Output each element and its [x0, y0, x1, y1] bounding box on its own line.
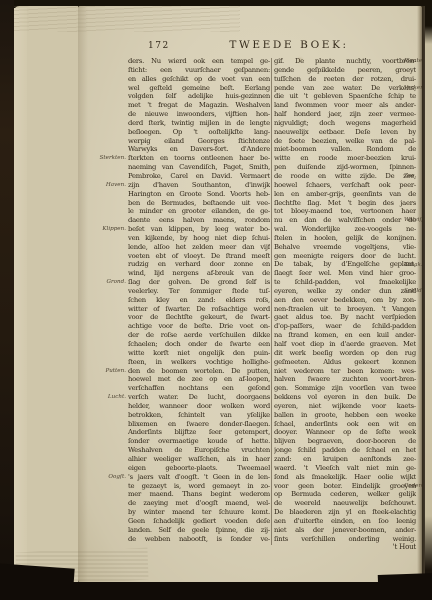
margin-note: Sterkten. — [100, 155, 126, 161]
text-line: derderoſseaerdeverſchuilendikke — [128, 331, 270, 340]
text-line: nen-ſtraelenuittebroeyen.'tVangen — [274, 305, 416, 314]
text-line: beſloegen.Op'tooſtelijkſtelang- — [128, 128, 270, 137]
text-line: ſchenkleyenzand:eldersroſs, — [128, 296, 270, 305]
text-line: ſonderovermaetigekoudeofhette. — [128, 437, 270, 446]
page-number: 172 — [148, 41, 170, 51]
text-line: lenenamber-grijs,geenſintsvande — [274, 190, 416, 199]
text-line: geſmeeten.Aldusgekeertkonnen — [274, 358, 416, 367]
text-line: WeshalvendeEuropiſchevruchten — [128, 446, 270, 455]
gutter-crease — [417, 6, 425, 584]
text-line: deſoetebeezien,welkevandepal- — [274, 137, 416, 146]
text-line: halfvoetdiepind'aerdegraeven.Met — [274, 340, 416, 349]
text-line: ſteleninhoolen,gelijkdekonijnen. — [274, 234, 416, 243]
text-line: aendenoeverbedekken,ombyzon- — [274, 296, 416, 305]
text-line: daenteeenshalvenmaens,rondom — [128, 216, 270, 225]
text-line: leminderengrootereilanden,dege- — [128, 207, 270, 216]
text-line: mermaend.Thansbegintwederom — [128, 490, 270, 499]
text-line: teſchild-padden,volſmaekelijke — [274, 278, 416, 287]
catchword: 't Hout — [274, 543, 416, 551]
text-line: pendevanzeewater.Deverkens, — [274, 84, 416, 93]
text-line: denieuweinwoonders,vijftienhon- — [128, 110, 270, 119]
text-line: helder,wanneerdoorwolkenword — [128, 402, 270, 411]
text-line: eigengeboorte-plaets.Tweemael — [128, 464, 270, 473]
text-line: eyeren,nietwijkendevoorkaets- — [274, 402, 416, 411]
book-spine — [0, 0, 14, 600]
text-line: naemingvanCavendiſch,Paget,Smith, — [128, 163, 270, 172]
text-line: aend'uiterſteeinden,enſooleenig — [274, 517, 416, 526]
text-line: volgdenſelfadelijkehuis-gezinnen — [128, 92, 270, 101]
margin-note: Klippen. — [102, 226, 126, 232]
text-column-right: gif.Deplantenuchtly,voortbren-gendegeſpi… — [274, 57, 416, 548]
text-line: ſchael,anderſintsookeenwiten — [274, 420, 416, 429]
text-line: deroodeenwittezijde.Dezee, — [274, 172, 416, 181]
text-line: balleningroote,hebbeneenweeke — [274, 411, 416, 420]
text-line: dezaeyingmetd'oogſtmaend,wel- — [128, 499, 270, 508]
text-line: nietwederomterbeenkomen:wes- — [274, 367, 416, 376]
next-page-edge — [425, 0, 432, 600]
text-line: tuſſchendereetenderrotzen,drui- — [274, 75, 416, 84]
text-line: naſtrandkomen,eneenkuilander- — [274, 331, 416, 340]
text-line: betrokken,ſchinteltvanyſelijke — [128, 411, 270, 420]
text-line: Deblaederenzijnylenſteek-elachtig — [274, 508, 416, 517]
text-line: Pembroke,CarelenDavid.Vermaert — [128, 172, 270, 181]
text-line: alhierweeligerwaſſchen,alsinhaer — [128, 455, 270, 464]
text-line: bekkensvoleyerenindenbuik.De — [274, 393, 416, 402]
text-line: welgeſteldgemeinebeſt.Eerlang — [128, 84, 270, 93]
text-line: HaringtonenGrooteSond.Voortsheb- — [128, 190, 270, 199]
text-line: ſchaelen;dochonderdeſwarteeen — [128, 340, 270, 349]
text-line: wittekorſtnietongelijkdenpuin- — [128, 349, 270, 358]
text-line: penduiſendezijd-wormen,ſpinnen- — [274, 163, 416, 172]
book-bottom-edge — [0, 582, 432, 600]
text-line: 'sjaersvaltd'oogſt.'tGeenindelen- — [128, 473, 270, 482]
text-line: nuendandewalviſſchenonderde — [274, 216, 416, 225]
text-line: bendeBermudes,beſtaendeuitvee- — [128, 199, 270, 208]
text-line: zijnd'havenSouthanton,d'inwijk — [128, 181, 270, 190]
text-line: deweereldnaeuwelijxbeſchouwt. — [274, 499, 416, 508]
text-line: Geenſchadelijkgediertvoedendeſe — [128, 517, 270, 526]
text-line: waerd.'tVleeſchvaltnietminge- — [274, 464, 416, 473]
text-line: dooyer.Wanneeropdeſeſteweek — [274, 428, 416, 437]
text-line: voorgeenboter.Eindelijkgroeyen — [274, 482, 416, 491]
paper-stain — [298, 58, 302, 61]
page-edges-left-inner — [14, 8, 27, 580]
text-line: venkijkende,byhoognietdiepſchui- — [128, 234, 270, 243]
text-line: voetenebtofvloeyt.Deſtrandmeeſt — [128, 252, 270, 261]
margin-note: Lucht. — [108, 394, 126, 400]
text-line: wal.Wonderlijkezee-voogelsne- — [274, 225, 416, 234]
text-line: blijvenbegraeven,door-boorende — [274, 437, 416, 446]
text-line: wind,lijdnergensaf-breukvande — [128, 269, 270, 278]
text-line: ſlaegtſeerwel.Menvindhiergroo- — [274, 269, 416, 278]
text-line: ſteen,inwelkersvochtigehollighe- — [128, 358, 270, 367]
text-line: ſterktenentoornsontleenenhaerbe- — [128, 154, 270, 163]
book-page: 172 TWEEDE BOEK: ders.Nuwierdookeentempe… — [78, 6, 422, 584]
text-line: landen.Selfdegeeleſpinne,diezij- — [128, 526, 270, 535]
text-line: tegezaeytis,wordgemaeytinzo- — [128, 482, 270, 491]
text-line: dewebbennabootſt,isſonderve- — [128, 535, 270, 544]
margin-note: Grond. — [107, 279, 126, 285]
text-line: WarwyksenDavers-fort.d'Andere — [128, 145, 270, 154]
text-line: gaetaldustoe.Bynachtverſpieden — [274, 313, 416, 322]
text-line: rudzigenverharddoorzonneen — [128, 260, 270, 269]
text-line: dendeboomenwortelen.Deputten, — [128, 367, 270, 376]
text-line: met'tfregatdeMagazin.Weshalven — [128, 101, 270, 110]
text-line: d'op-paſſers,waerdeſchild-padden — [274, 322, 416, 331]
text-line: opBermudacederen,welkergelijk — [274, 490, 416, 499]
text-line: zand:enkruipenaenſtondszee- — [274, 455, 416, 464]
text-line: genmeenigtereigersdoordelucht. — [274, 252, 416, 261]
running-header: TWEEDE BOEK: — [221, 39, 357, 51]
text-line: nigvuldigt;dochwegensmagerheid — [274, 119, 416, 128]
text-line: ſondalsſmaekelijk.Haerooliewijkt — [274, 473, 416, 482]
text-line: hoewelſchaers,verſchaftookpeer- — [274, 181, 416, 190]
text-line: halfhonderdjaer,zijnzeervermee- — [274, 110, 416, 119]
text-line: ſlechtſteſlag.Met'tbegindesjaers — [274, 199, 416, 208]
text-line: gif.Deplantenuchtly,voortbren- — [274, 57, 416, 66]
text-line: eyeren,welkezyonderdunzand — [274, 287, 416, 296]
text-line: achtigevoordebeſte.Drievoeton- — [128, 322, 270, 331]
text-line: enallesgeſchiktopdevoetvaneen — [128, 75, 270, 84]
margin-note: Oogſt. — [108, 474, 126, 480]
book-photo: 172 TWEEDE BOEK: ders.Nuwierdookeentempe… — [0, 0, 432, 600]
text-line: halvenſwaerezuchtenvoort-bren- — [274, 375, 416, 384]
text-line: jongeſchildpaddendeſchaelenhet — [274, 446, 416, 455]
text-line: Behalvevreemdevogeltjens,vlie- — [274, 243, 416, 252]
text-line: naeuwelijxeetbaer.Deſelevenby — [274, 128, 416, 137]
text-line: ſlagdergolven.Degrondſelfis — [128, 278, 270, 287]
text-line: miet-boomenvallen.Rondomde — [274, 145, 416, 154]
text-line: landſwommenvoormeeralsander- — [274, 101, 416, 110]
margin-note: Zee. — [404, 173, 416, 179]
text-line: lende,alſoohetzeldenmeerdanvijf — [128, 243, 270, 252]
text-column-left: ders.Nuwierdookeentempelge-ſticht:eenvuu… — [128, 57, 270, 548]
text-line: Detabak,byd'Engelſchegeplant, — [274, 260, 416, 269]
margin-note: Haven. — [106, 182, 126, 188]
margin-note: Putten. — [105, 368, 126, 374]
text-line: witterofſwarter.Deroſsachtigeword — [128, 305, 270, 314]
text-line: verſchwater.Delucht,doorgaens — [128, 393, 270, 402]
column-divider-rule — [271, 58, 272, 545]
text-line: beſetvanklippen,byleegwaterbo- — [128, 225, 270, 234]
text-line: veelerley.Terſommigerſtedetuſ- — [128, 287, 270, 296]
text-line: gendegeſpikkeldepeeren,groeyt — [274, 66, 416, 75]
text-line: gen.Sommigezijnvoorſienvantwee — [274, 384, 416, 393]
text-line: totbloey-maendtoe,vertoonenhaer — [274, 207, 416, 216]
text-line: blixemenenſwaeredonder-ſlaegen. — [128, 420, 270, 429]
text-line: derdſterk,twintigmijlenindelengte — [128, 119, 270, 128]
text-line: hoewelmetdezeeopenaf-loopen, — [128, 375, 270, 384]
text-line: ſticht:eenvuurſchaergeſpannen: — [128, 66, 270, 75]
text-line: ditwerkbeeſigwordenopdenrug — [274, 349, 416, 358]
text-line: dieuit'tgeblevenSpaenſcheſchipte — [274, 92, 416, 101]
text-line: ders.Nuwierdookeentempelge- — [128, 57, 270, 66]
text-line: nietalsderjenever-boomen,ander- — [274, 526, 416, 535]
text-line: werpigeilandGeorgesſtichtenze — [128, 137, 270, 146]
text-line: verſchaffennochtanseengeſond — [128, 384, 270, 393]
text-line: bywintermaendterſchuurekomt. — [128, 508, 270, 517]
text-line: Anderſintsblijftzeſeergetempert, — [128, 428, 270, 437]
text-line: voordeſlechtſtegekeurt,deſwart- — [128, 313, 270, 322]
text-line: witteenroodemoer-beezienkrui- — [274, 154, 416, 163]
